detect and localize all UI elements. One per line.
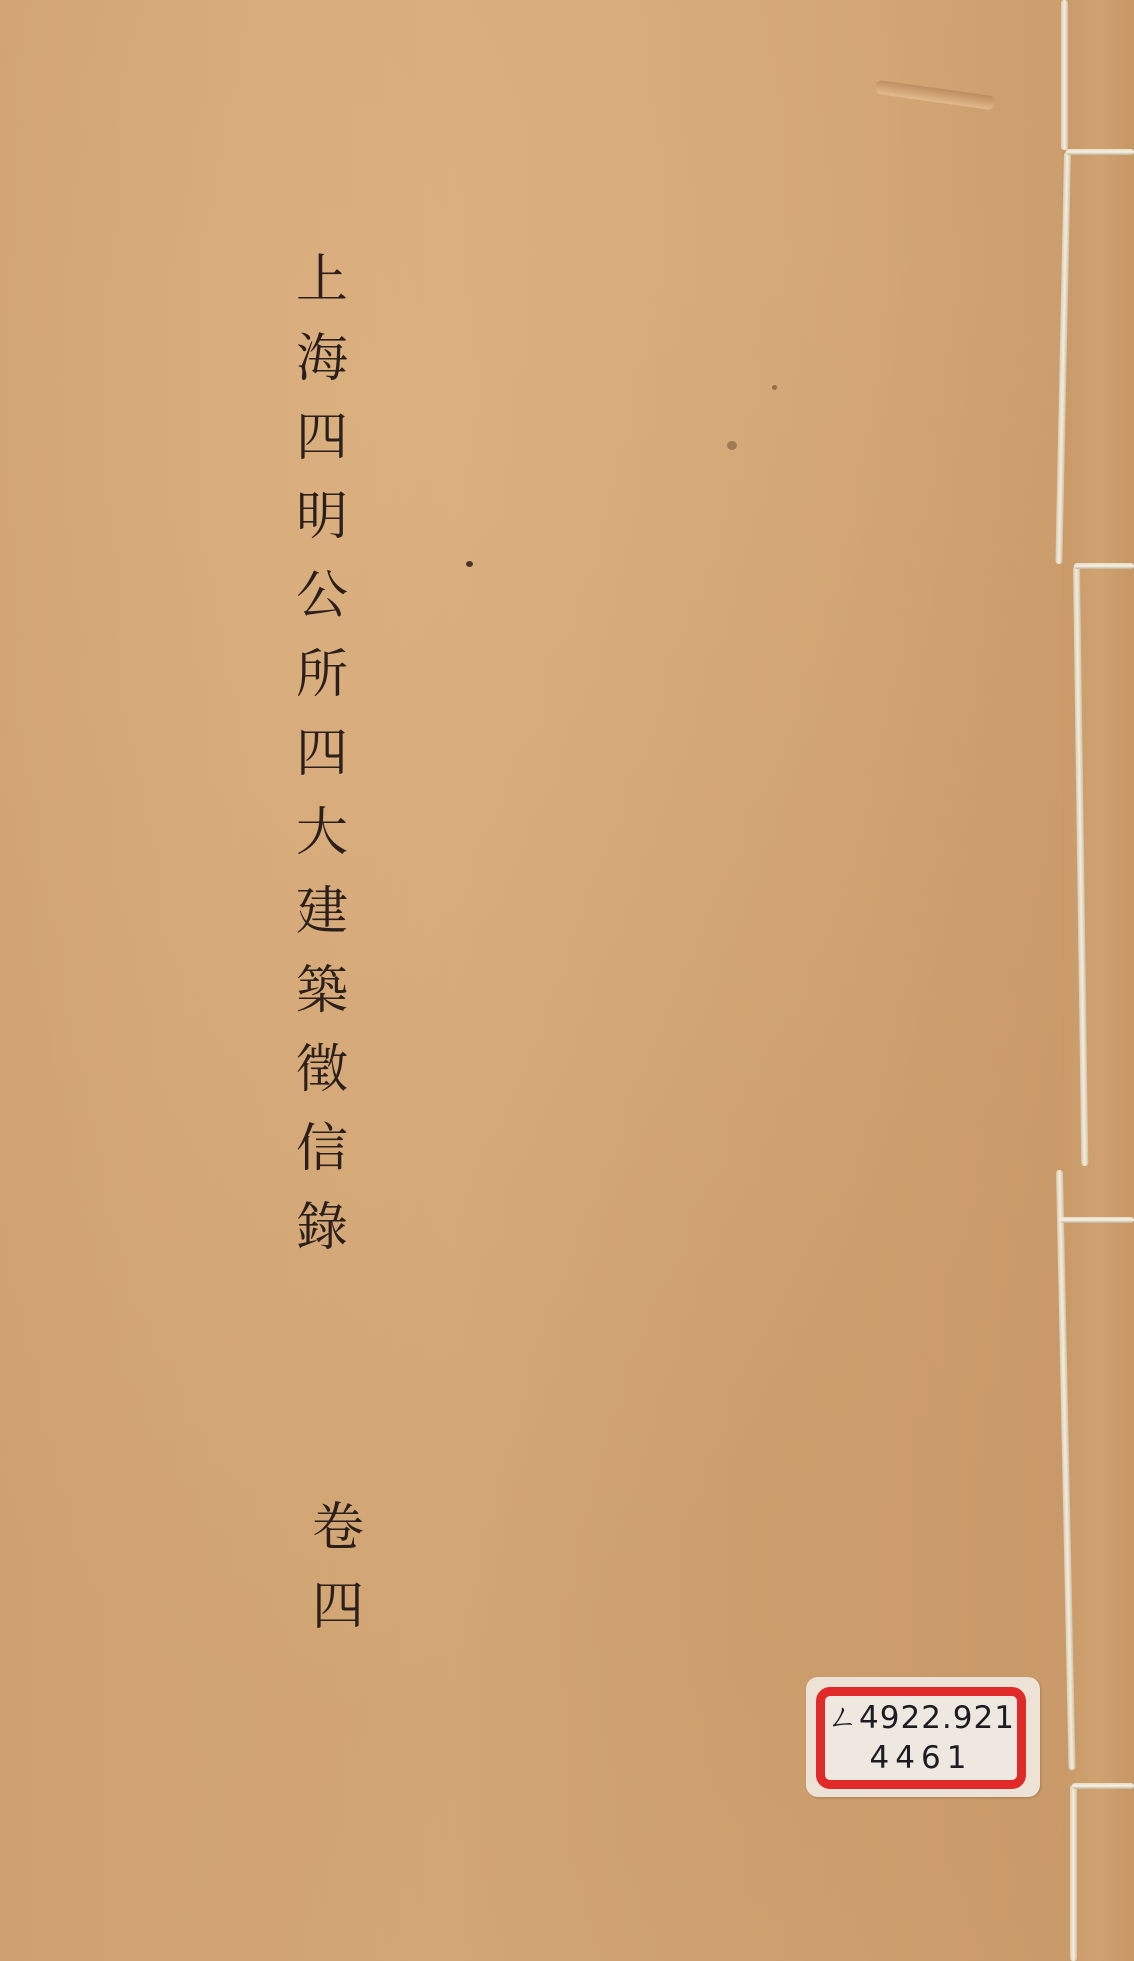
binding-thread <box>1070 1785 1077 1961</box>
title-char: 上 <box>296 240 348 319</box>
volume-char: 卷 <box>312 1488 364 1567</box>
title-char: 錄 <box>296 1188 348 1267</box>
title-char: 四 <box>296 398 348 477</box>
paper-speck <box>466 561 473 567</box>
binding-thread <box>1074 563 1134 569</box>
call-number-prefix: ㄥ <box>827 1700 859 1736</box>
title-char: 公 <box>296 556 348 635</box>
paper-crease <box>875 80 996 111</box>
book-cover: 上 海 四 明 公 所 四 大 建 築 徵 信 錄 卷 四 ㄥ4922.921 … <box>0 0 1134 1961</box>
call-number-label: ㄥ4922.921 4461 <box>806 1677 1040 1797</box>
paper-speck <box>772 385 777 390</box>
title-char: 明 <box>296 477 348 556</box>
binding-thread <box>1061 0 1068 150</box>
binding-thread <box>1066 149 1134 155</box>
title-char: 徵 <box>296 1030 348 1109</box>
title-char: 大 <box>296 793 348 872</box>
paper-speck <box>727 441 737 450</box>
binding-thread <box>1060 1217 1134 1223</box>
title-char: 所 <box>296 635 348 714</box>
call-number-line-1: ㄥ4922.921 <box>827 1698 1015 1738</box>
title-char: 建 <box>296 872 348 951</box>
title-char: 築 <box>296 951 348 1030</box>
call-number-frame: ㄥ4922.921 4461 <box>816 1687 1026 1789</box>
volume-char: 四 <box>312 1567 364 1646</box>
cover-title: 上 海 四 明 公 所 四 大 建 築 徵 信 錄 <box>272 240 372 1267</box>
title-char: 信 <box>296 1109 348 1188</box>
title-char: 海 <box>296 319 348 398</box>
binding-thread <box>1072 1783 1134 1789</box>
call-number-line-2: 4461 <box>870 1738 973 1778</box>
title-char: 四 <box>296 714 348 793</box>
volume-number: 卷 四 <box>298 1488 378 1646</box>
